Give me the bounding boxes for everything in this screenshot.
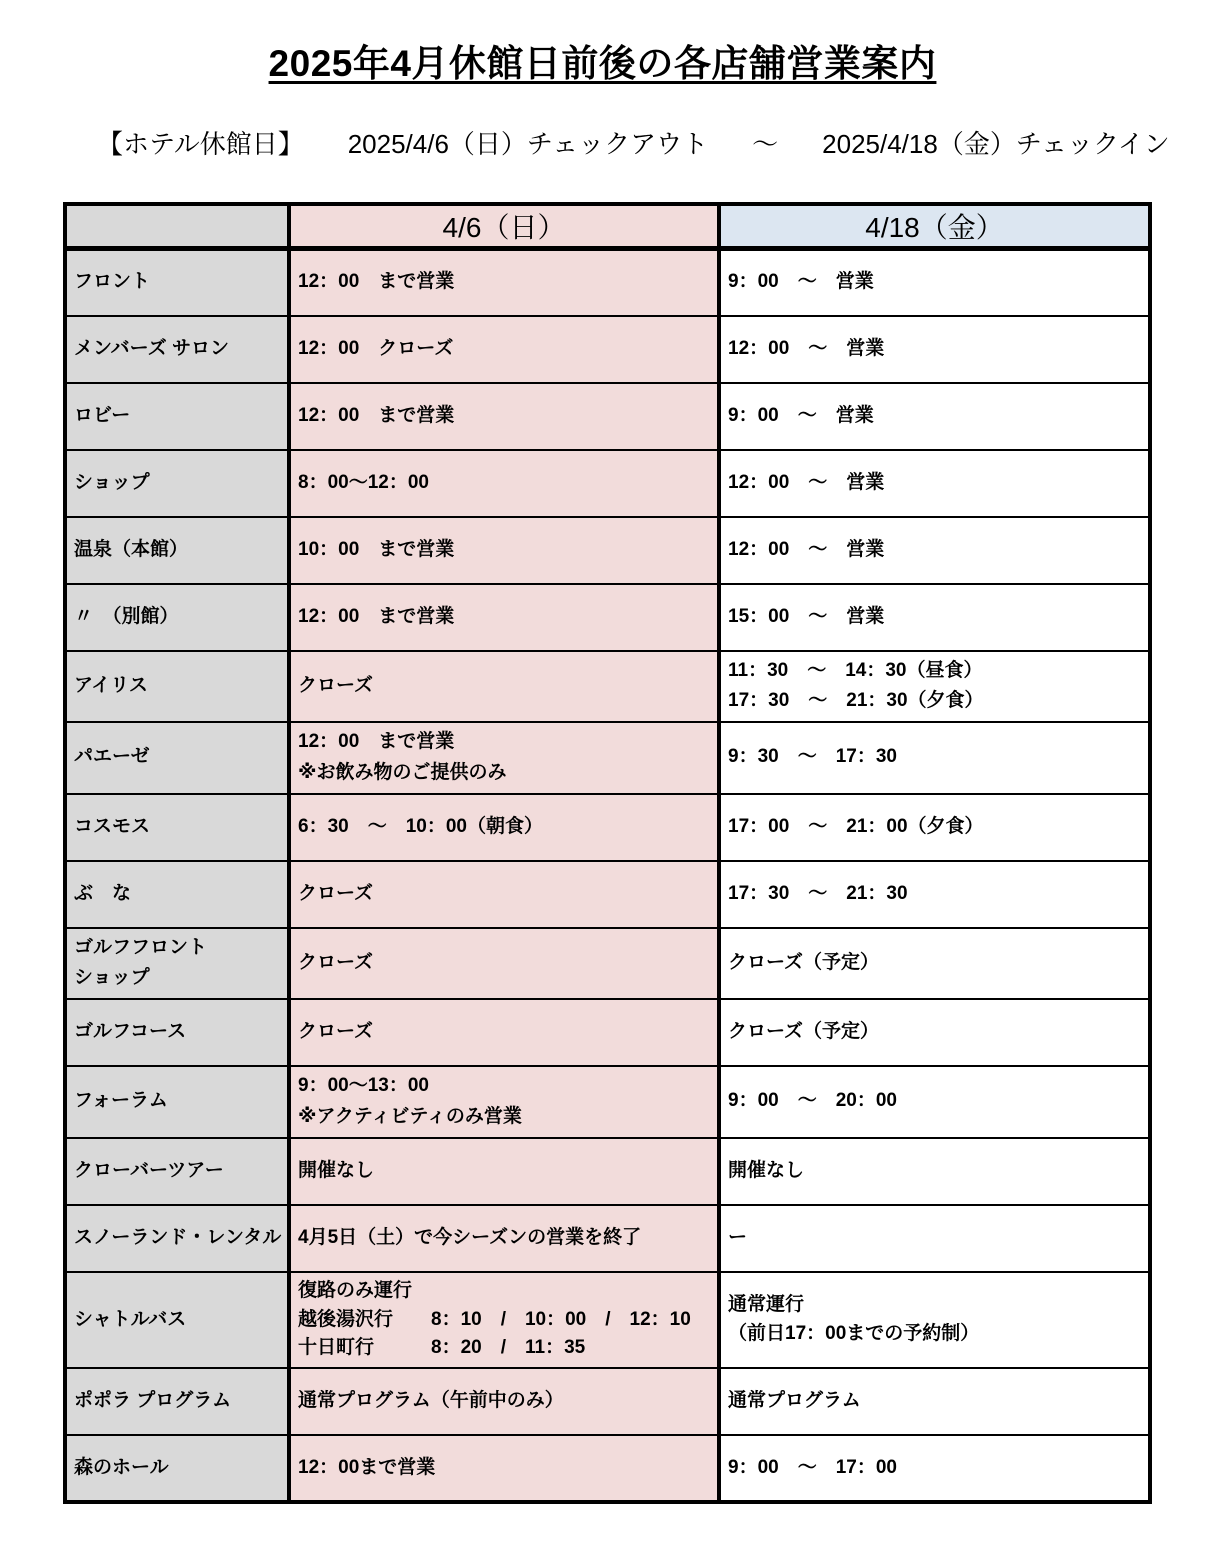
row-label: ロビー (65, 383, 289, 450)
cell-line: ロビー (74, 401, 281, 432)
cell-apr6: クローズ (289, 999, 719, 1066)
row-label: ポポラ プログラム (65, 1368, 289, 1435)
row-label: フロント (65, 249, 289, 316)
table-row: アイリスクローズ11：30 ～ 14：30（昼食）17：30 ～ 21：30（夕… (65, 651, 1150, 723)
cell-line: 9：30 ～ 17：30 (728, 742, 1142, 773)
cell-line: ゴルフコース (74, 1017, 281, 1048)
row-label: ショップ (65, 450, 289, 517)
cell-line: 〃 （別館） (74, 602, 281, 633)
cell-line: 9：00～13：00 (298, 1071, 711, 1102)
cell-apr6: 12：00 まで営業 (289, 249, 719, 316)
row-label: 温泉（本館） (65, 517, 289, 584)
cell-line: クローバーツアー (74, 1156, 281, 1187)
table-row: パエーゼ12：00 まで営業※お飲み物のご提供のみ9：30 ～ 17：30 (65, 722, 1150, 794)
cell-apr18: 9：00 ～ 20：00 (719, 1066, 1150, 1138)
cell-apr6: 12：00 まで営業 (289, 383, 719, 450)
row-label: スノーランド・レンタル (65, 1205, 289, 1272)
cell-line: 9：00 ～ 営業 (728, 267, 1142, 298)
cell-apr6: 8：00～12：00 (289, 450, 719, 517)
cell-line: 通常プログラム (728, 1386, 1142, 1417)
row-label: メンバーズ サロン (65, 316, 289, 383)
business-hours-table: 4/6（日） 4/18（金） フロント12：00 まで営業9：00 ～ 営業メン… (63, 202, 1152, 1504)
cell-apr18: クローズ（予定） (719, 928, 1150, 1000)
table-row: コスモス6：30 ～ 10：00（朝食）17：00 ～ 21：00（夕食） (65, 794, 1150, 861)
cell-line: 8：00～12：00 (298, 468, 711, 499)
cell-apr18: 9：00 ～ 17：00 (719, 1435, 1150, 1502)
cell-line: メンバーズ サロン (74, 334, 281, 365)
cell-line: 12：00 まで営業 (298, 602, 711, 633)
cell-apr18: 9：00 ～ 営業 (719, 249, 1150, 316)
cell-line: パエーゼ (74, 742, 281, 773)
row-label: フォーラム (65, 1066, 289, 1138)
cell-line: 12：00 ～ 営業 (728, 468, 1142, 499)
cell-line: 4月5日（土）で今シーズンの営業を終了 (298, 1223, 711, 1254)
table-row: シャトルバス復路のみ運行越後湯沢行 8：10 / 10：00 / 12：10十日… (65, 1272, 1150, 1369)
cell-line: アイリス (74, 671, 281, 702)
cell-line: 9：00 ～ 17：00 (728, 1453, 1142, 1484)
cell-line: 十日町行 8：20 / 11：35 (298, 1334, 711, 1363)
cell-line: 開催なし (298, 1156, 711, 1187)
cell-apr6: 9：00～13：00※アクティビティのみ営業 (289, 1066, 719, 1138)
cell-apr6: 通常プログラム（午前中のみ） (289, 1368, 719, 1435)
cell-line: ショップ (74, 963, 281, 994)
closure-checkin-date: 2025/4/18（金）チェックイン (822, 124, 1170, 161)
row-label: コスモス (65, 794, 289, 861)
row-label: ぶ な (65, 861, 289, 928)
cell-apr18: 11：30 ～ 14：30（昼食）17：30 ～ 21：30（夕食） (719, 651, 1150, 723)
cell-line: 12：00まで営業 (298, 1453, 711, 1484)
cell-apr6: 12：00 まで営業※お飲み物のご提供のみ (289, 722, 719, 794)
cell-line: 温泉（本館） (74, 535, 281, 566)
cell-apr18: 開催なし (719, 1138, 1150, 1205)
header-cell-apr6: 4/6（日） (289, 204, 719, 249)
cell-line: シャトルバス (74, 1306, 281, 1335)
cell-line: クローズ（予定） (728, 948, 1142, 979)
table-row: ぶ なクローズ17：30 ～ 21：30 (65, 861, 1150, 928)
cell-line: クローズ (298, 671, 711, 702)
page-title: 2025年4月休館日前後の各店舗営業案内 (0, 33, 1205, 87)
cell-apr6: 10：00 まで営業 (289, 517, 719, 584)
cell-line: 復路のみ運行 (298, 1277, 711, 1306)
cell-line: 通常プログラム（午前中のみ） (298, 1386, 711, 1417)
cell-line: 9：00 ～ 営業 (728, 401, 1142, 432)
cell-line: ポポラ プログラム (74, 1386, 281, 1417)
cell-line: （前日17：00までの予約制） (728, 1320, 1142, 1349)
cell-line: 12：00 まで営業 (298, 267, 711, 298)
cell-apr18: クローズ（予定） (719, 999, 1150, 1066)
table-row: ロビー12：00 まで営業9：00 ～ 営業 (65, 383, 1150, 450)
closure-period-label: 【ホテル休館日】 (97, 124, 304, 161)
cell-line: 17：30 ～ 21：30 (728, 879, 1142, 910)
cell-line: 越後湯沢行 8：10 / 10：00 / 12：10 (298, 1306, 711, 1335)
cell-apr18: 9：30 ～ 17：30 (719, 722, 1150, 794)
row-label: 森のホール (65, 1435, 289, 1502)
cell-apr18: ー (719, 1205, 1150, 1272)
cell-line: 12：00 まで営業 (298, 727, 711, 758)
cell-line: 10：00 まで営業 (298, 535, 711, 566)
cell-line: 17：00 ～ 21：00（夕食） (728, 812, 1142, 843)
cell-line: フォーラム (74, 1086, 281, 1117)
cell-apr6: クローズ (289, 928, 719, 1000)
cell-line: 9：00 ～ 20：00 (728, 1086, 1142, 1117)
cell-line: 12：00 ～ 営業 (728, 535, 1142, 566)
cell-line: 11：30 ～ 14：30（昼食） (728, 656, 1142, 687)
cell-apr6: クローズ (289, 651, 719, 723)
cell-line: クローズ（予定） (728, 1017, 1142, 1048)
row-label: ゴルフフロントショップ (65, 928, 289, 1000)
row-label: シャトルバス (65, 1272, 289, 1369)
cell-apr6: 復路のみ運行越後湯沢行 8：10 / 10：00 / 12：10十日町行 8：2… (289, 1272, 719, 1369)
cell-apr18: 通常運行（前日17：00までの予約制） (719, 1272, 1150, 1369)
cell-line: ※アクティビティのみ営業 (298, 1102, 711, 1133)
row-label: パエーゼ (65, 722, 289, 794)
cell-apr6: 12：00まで営業 (289, 1435, 719, 1502)
cell-apr18: 通常プログラム (719, 1368, 1150, 1435)
cell-line: クローズ (298, 948, 711, 979)
table-row: クローバーツアー開催なし開催なし (65, 1138, 1150, 1205)
cell-apr18: 12：00 ～ 営業 (719, 316, 1150, 383)
cell-line: ゴルフフロント (74, 933, 281, 964)
cell-line: クローズ (298, 1017, 711, 1048)
row-label: 〃 （別館） (65, 584, 289, 651)
cell-line: クローズ (298, 879, 711, 910)
cell-apr18: 12：00 ～ 営業 (719, 517, 1150, 584)
cell-line: 15：00 ～ 営業 (728, 602, 1142, 633)
cell-apr6: 6：30 ～ 10：00（朝食） (289, 794, 719, 861)
table-row: ゴルフフロントショップクローズクローズ（予定） (65, 928, 1150, 1000)
cell-line: 17：30 ～ 21：30（夕食） (728, 686, 1142, 717)
cell-line: ショップ (74, 468, 281, 499)
row-label: クローバーツアー (65, 1138, 289, 1205)
cell-apr6: 12：00 クローズ (289, 316, 719, 383)
cell-line: 6：30 ～ 10：00（朝食） (298, 812, 711, 843)
table-row: メンバーズ サロン12：00 クローズ12：00 ～ 営業 (65, 316, 1150, 383)
row-label: ゴルフコース (65, 999, 289, 1066)
cell-line: 通常運行 (728, 1291, 1142, 1320)
closure-tilde: ～ (752, 124, 778, 161)
table-row: フロント12：00 まで営業9：00 ～ 営業 (65, 249, 1150, 316)
cell-apr18: 15：00 ～ 営業 (719, 584, 1150, 651)
table-row: 森のホール12：00まで営業9：00 ～ 17：00 (65, 1435, 1150, 1502)
table-row: ポポラ プログラム通常プログラム（午前中のみ）通常プログラム (65, 1368, 1150, 1435)
table-row: スノーランド・レンタル4月5日（土）で今シーズンの営業を終了ー (65, 1205, 1150, 1272)
cell-line: フロント (74, 267, 281, 298)
cell-apr6: クローズ (289, 861, 719, 928)
table-row: フォーラム9：00～13：00※アクティビティのみ営業9：00 ～ 20：00 (65, 1066, 1150, 1138)
cell-line: 12：00 まで営業 (298, 401, 711, 432)
hotel-closure-period: 【ホテル休館日】 2025/4/6（日）チェックアウト ～ 2025/4/18（… (97, 124, 1170, 161)
cell-line: ー (728, 1223, 1142, 1254)
cell-line: ※お飲み物のご提供のみ (298, 758, 711, 789)
cell-apr18: 9：00 ～ 営業 (719, 383, 1150, 450)
cell-apr18: 17：30 ～ 21：30 (719, 861, 1150, 928)
table-row: 〃 （別館）12：00 まで営業15：00 ～ 営業 (65, 584, 1150, 651)
cell-apr18: 17：00 ～ 21：00（夕食） (719, 794, 1150, 861)
header-row: 4/6（日） 4/18（金） (65, 204, 1150, 249)
notice-page: 2025年4月休館日前後の各店舗営業案内 【ホテル休館日】 2025/4/6（日… (0, 0, 1205, 1541)
table-row: ショップ8：00～12：0012：00 ～ 営業 (65, 450, 1150, 517)
cell-apr6: 開催なし (289, 1138, 719, 1205)
header-cell-apr18: 4/18（金） (719, 204, 1150, 249)
cell-line: 開催なし (728, 1156, 1142, 1187)
cell-line: コスモス (74, 812, 281, 843)
cell-apr18: 12：00 ～ 営業 (719, 450, 1150, 517)
cell-apr6: 4月5日（土）で今シーズンの営業を終了 (289, 1205, 719, 1272)
table-row: ゴルフコースクローズクローズ（予定） (65, 999, 1150, 1066)
cell-line: 森のホール (74, 1453, 281, 1484)
cell-apr6: 12：00 まで営業 (289, 584, 719, 651)
cell-line: ぶ な (74, 879, 281, 910)
cell-line: 12：00 クローズ (298, 334, 711, 365)
closure-checkout-date: 2025/4/6（日）チェックアウト (348, 124, 708, 161)
cell-line: スノーランド・レンタル (74, 1223, 281, 1254)
cell-line: 12：00 ～ 営業 (728, 334, 1142, 365)
row-label: アイリス (65, 651, 289, 723)
header-cell-empty (65, 204, 289, 249)
table-row: 温泉（本館）10：00 まで営業12：00 ～ 営業 (65, 517, 1150, 584)
